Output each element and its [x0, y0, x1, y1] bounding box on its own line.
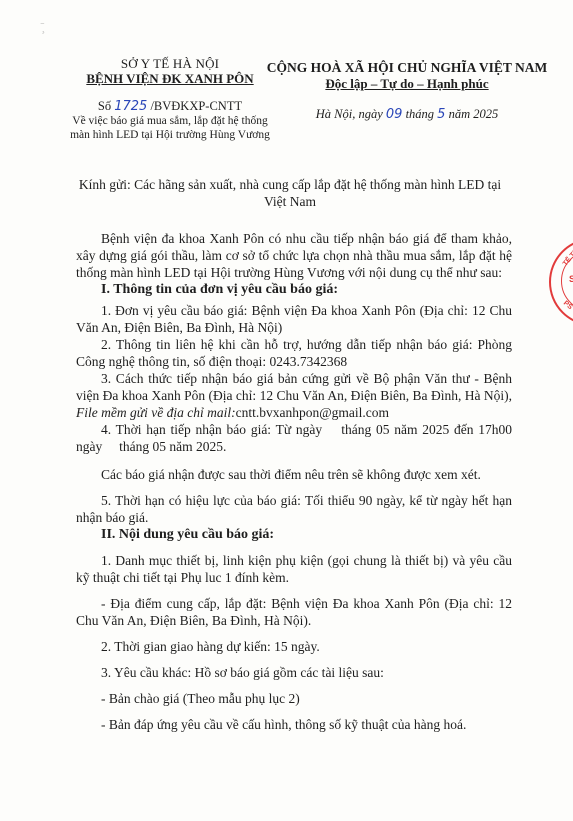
- scan-speck: ᵓ: [42, 28, 44, 38]
- handwritten-month: 5: [437, 107, 445, 122]
- year-label: năm 2025: [449, 107, 499, 121]
- section-1-item-3: 3. Cách thức tiếp nhận báo giá bản cứng …: [76, 370, 512, 421]
- seal-text-center: S: [569, 274, 573, 284]
- national-motto: Độc lập – Tự do – Hạnh phúc: [262, 76, 552, 92]
- section-2-location: - Địa điểm cung cấp, lắp đặt: Bệnh viện …: [76, 595, 512, 629]
- recipient-line-2: Việt Nam: [60, 193, 520, 210]
- organization-name: BỆNH VIỆN ĐK XANH PÔN: [70, 71, 270, 87]
- section-2-item-2: 2. Thời gian giao hàng dự kiến: 15 ngày.: [76, 638, 512, 655]
- national-header: CỘNG HOÀ XÃ HỘI CHỦ NGHĨA VIỆT NAM Độc l…: [262, 60, 552, 123]
- item-3-text: 3. Cách thức tiếp nhận báo giá bản cứng …: [76, 371, 512, 403]
- section-1-item-4: 4. Thời hạn tiếp nhận báo giá: Từ ngày t…: [76, 421, 512, 455]
- section-1-item-1: 1. Đơn vị yêu cầu báo giá: Bệnh viện Đa …: [76, 302, 512, 336]
- intro-paragraph: Bệnh viện đa khoa Xanh Pôn có nhu cầu ti…: [76, 230, 512, 281]
- handwritten-ref-number: 1725: [114, 99, 147, 114]
- subject-line-2: màn hình LED tại Hội trường Hùng Vương: [70, 128, 270, 142]
- reference-number: Số 1725 /BVĐKXP-CNTT: [70, 99, 270, 114]
- ref-prefix: Số: [98, 99, 111, 113]
- section-2-doc-2: - Bản đáp ứng yêu cầu về cấu hình, thông…: [76, 716, 512, 733]
- section-2-item-1: 1. Danh mục thiết bị, linh kiện phụ kiện…: [76, 552, 512, 586]
- date-prefix: Hà Nội, ngày: [316, 107, 383, 121]
- recipient-block: Kính gửi: Các hãng sản xuất, nhà cung cấ…: [60, 176, 520, 210]
- section-1-heading: I. Thông tin của đơn vị yêu cầu báo giá:: [76, 281, 512, 298]
- month-label: tháng: [406, 107, 434, 121]
- nation-title: CỘNG HOÀ XÃ HỘI CHỦ NGHĨA VIỆT NAM: [262, 60, 552, 76]
- section-1-item-2: 2. Thông tin liên hệ khi cần hỗ trợ, hướ…: [76, 336, 512, 370]
- letter-body: Bệnh viện đa khoa Xanh Pôn có nhu cầu ti…: [76, 230, 512, 733]
- department-name: SỞ Y TẾ HÀ NỘI: [70, 56, 270, 71]
- item-3-italic: File mềm gửi về địa chỉ mail:: [76, 405, 236, 420]
- ref-code: /BVĐKXP-CNTT: [150, 99, 242, 113]
- document-date: Hà Nội, ngày 09 tháng 5 năm 2025: [262, 106, 552, 123]
- section-2-heading: II. Nội dung yêu cầu báo giá:: [76, 526, 512, 543]
- document-page: ⁻ ᵓ SỞ Y TẾ HÀ NỘI BỆNH VIỆN ĐK XANH PÔN…: [0, 0, 573, 821]
- section-1-note: Các báo giá nhận được sau thời điểm nêu …: [76, 466, 512, 483]
- handwritten-day: 09: [386, 107, 403, 122]
- subject-line-1: Về việc báo giá mua sắm, lắp đặt hệ thốn…: [70, 114, 270, 128]
- section-2-doc-1: - Bản chào giá (Theo mẫu phụ lục 2): [76, 690, 512, 707]
- recipient-line-1: Kính gửi: Các hãng sản xuất, nhà cung cấ…: [60, 176, 520, 193]
- section-1-item-5: 5. Thời hạn có hiệu lực của báo giá: Tối…: [76, 492, 512, 526]
- contact-email: cntt.bvxanhpon@gmail.com: [236, 405, 389, 420]
- section-2-item-3: 3. Yêu cầu khác: Hồ sơ báo giá gồm các t…: [76, 664, 512, 681]
- issuer-header: SỞ Y TẾ HÀ NỘI BỆNH VIỆN ĐK XANH PÔN Số …: [70, 56, 270, 142]
- official-seal-stamp: TẾ TH S PS: [549, 238, 573, 326]
